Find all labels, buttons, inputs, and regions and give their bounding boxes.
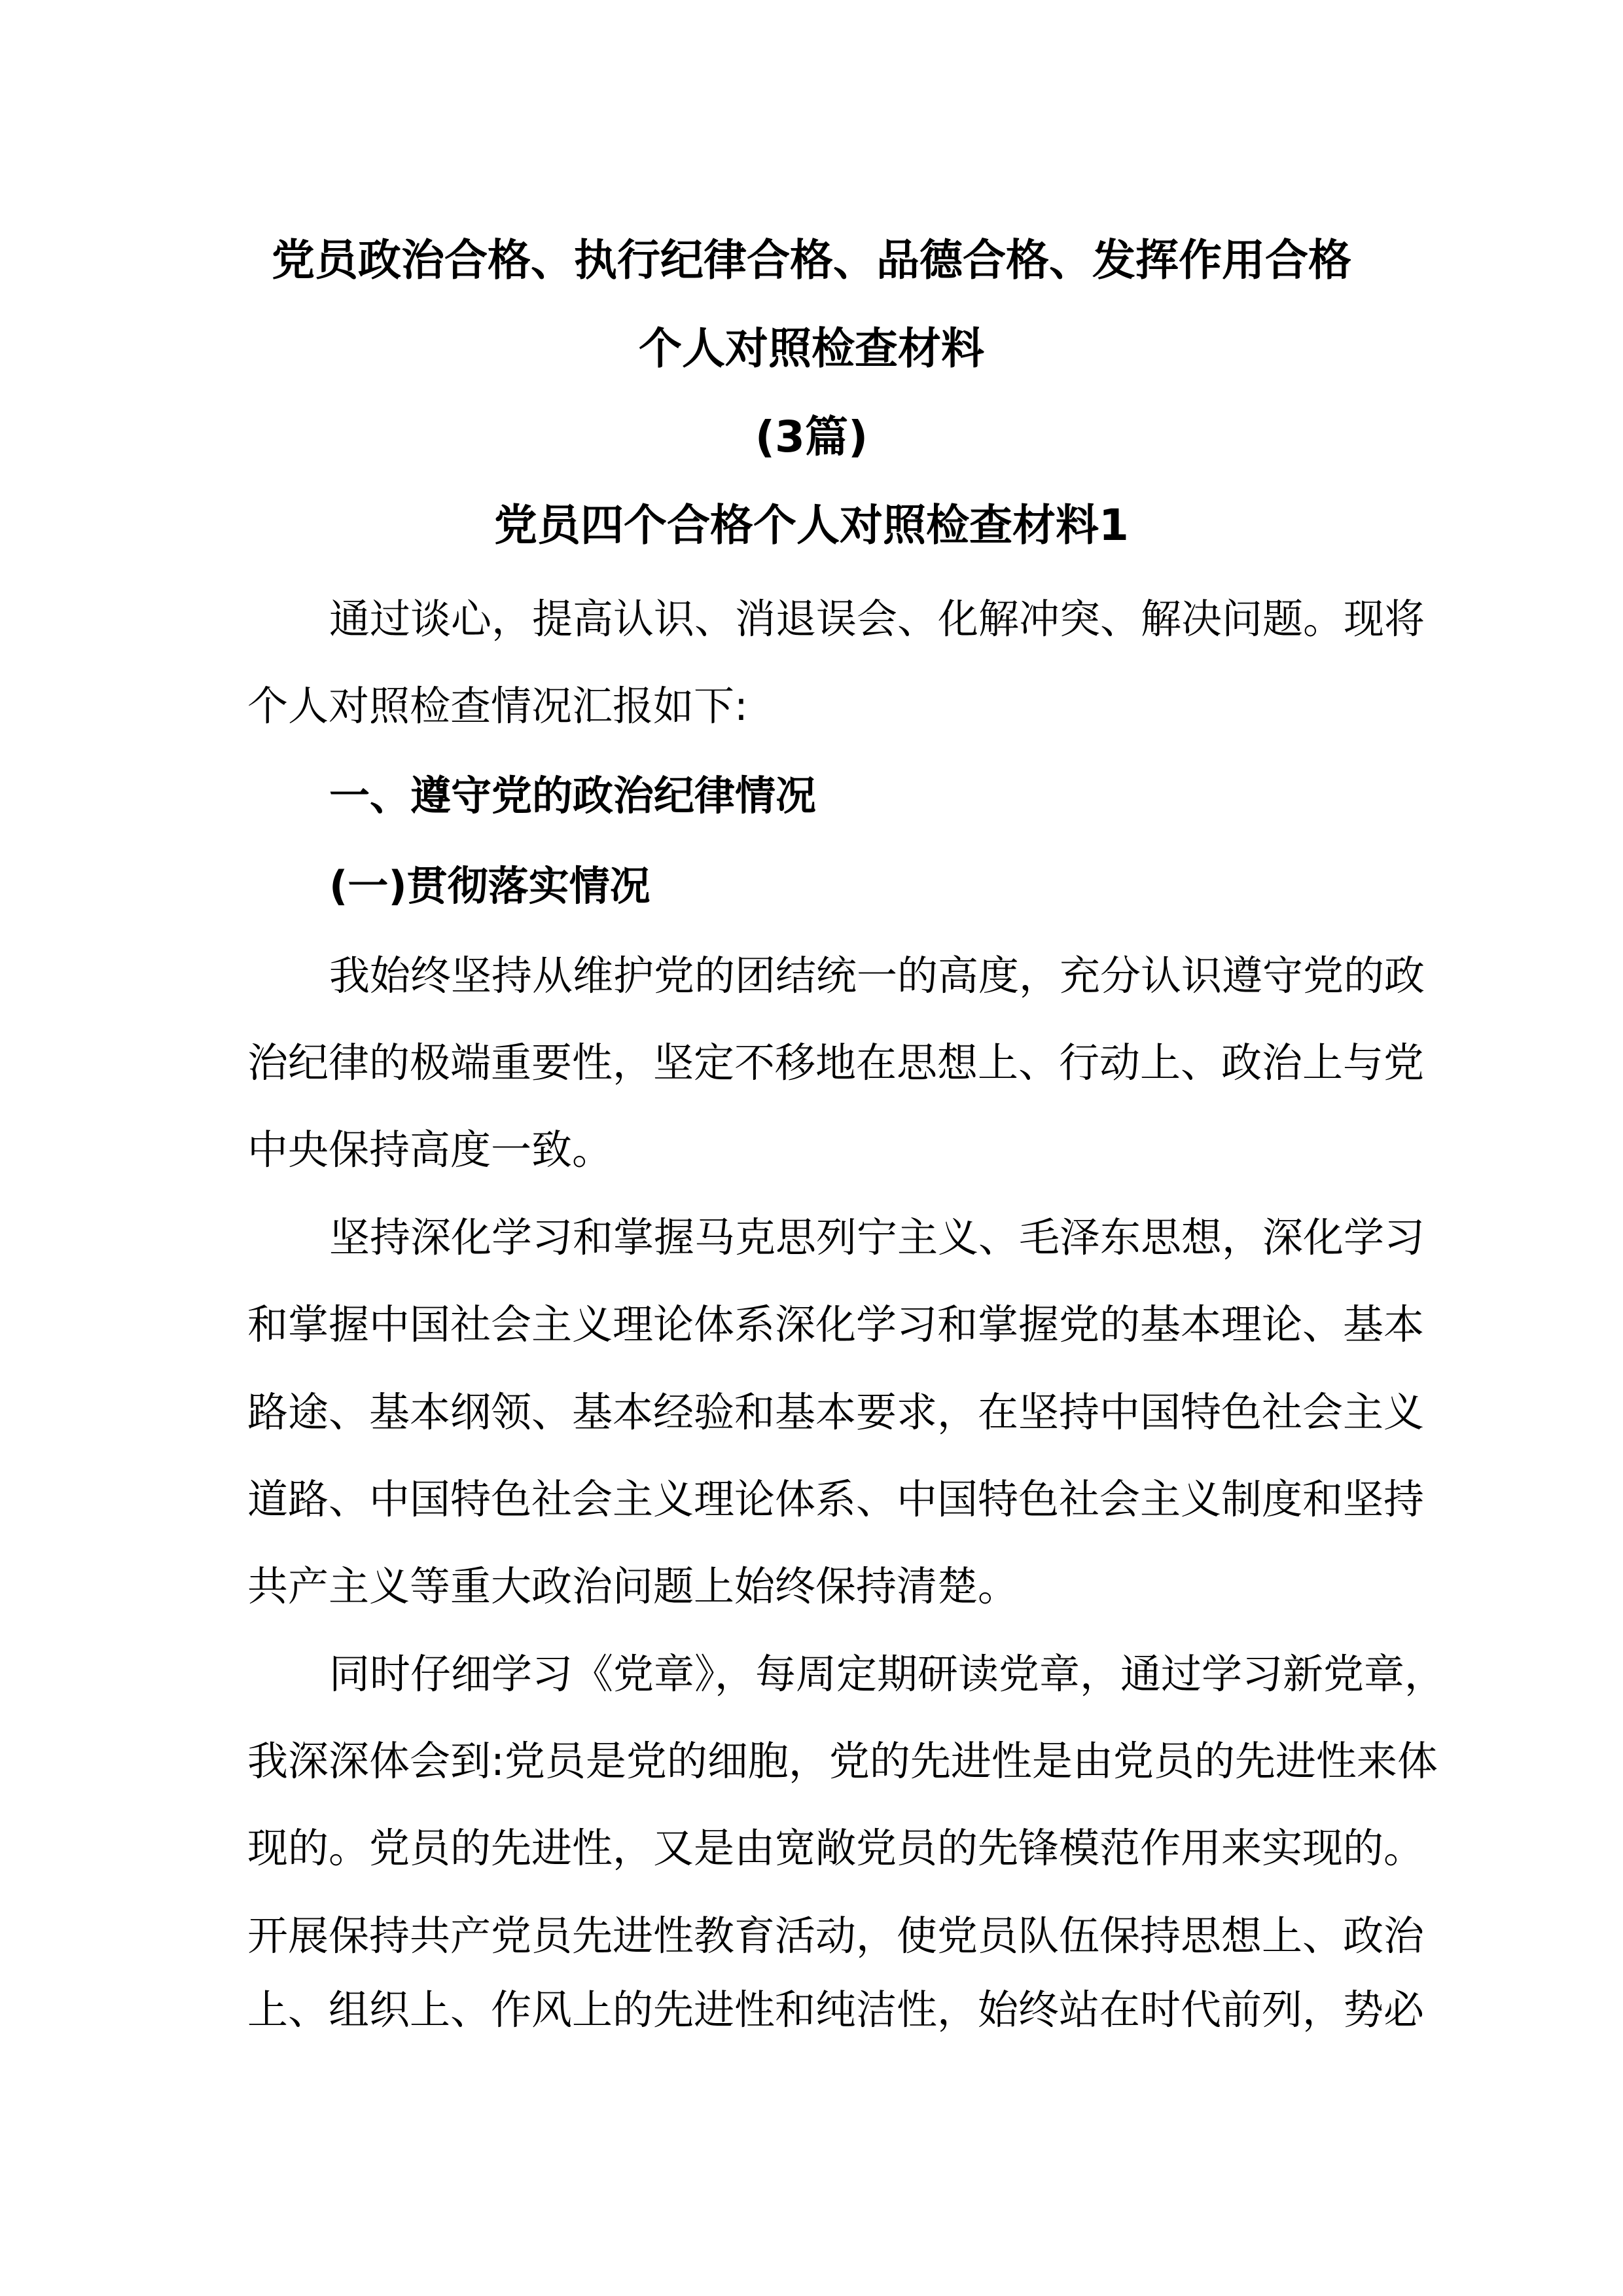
document-title-line-2: 个人对照检查材料 [0, 327, 1623, 370]
paragraph-1-line: 治纪律的极端重要性，坚定不移地在思想上、行动上、政治上与党 [247, 1043, 1373, 1083]
paragraph-1-line: 我始终坚持从维护党的团结统一的高度，充分认识遵守党的政 [329, 956, 1373, 996]
paragraph-3-line: 同时仔细学习《党章》，每周定期研读党章，通过学习新党章， [329, 1654, 1373, 1695]
section-heading: 一、遵守党的政治纪律情况 [329, 776, 816, 816]
intro-line: 个人对照检查情况汇报如下: [247, 686, 1373, 726]
paragraph-3-line: 现的。党员的先进性，又是由宽敞党员的先锋模范作用来实现的。 [247, 1828, 1373, 1869]
document-page: 党员政治合格、执行纪律合格、品德合格、发挥作用合格 个人对照检查材料 (3篇) … [0, 0, 1623, 2296]
paragraph-3-line: 上、组织上、作风上的先进性和纯洁性，始终站在时代前列，势必 [247, 1990, 1373, 2030]
paragraph-2-line: 道路、中国特色社会主义理论体系、中国特色社会主义制度和坚持 [247, 1479, 1373, 1520]
intro-line: 通过谈心，提高认识、消退误会、化解冲突、解决问题。现将 [329, 599, 1373, 639]
document-title-count: (3篇) [0, 416, 1623, 459]
paragraph-2-line: 和掌握中国社会主义理论体系深化学习和掌握党的基本理论、基本 [247, 1304, 1373, 1345]
paragraph-3-line: 开展保持共产党员先进性教育活动，使党员队伍保持思想上、政治 [247, 1916, 1373, 1956]
document-subtitle: 党员四个合格个人对照检查材料1 [0, 504, 1623, 547]
document-title-line-1: 党员政治合格、执行纪律合格、品德合格、发挥作用合格 [0, 239, 1623, 282]
paragraph-3-line: 我深深体会到:党员是党的细胞，党的先进性是由党员的先进性来体 [247, 1741, 1373, 1782]
paragraph-2-line: 坚持深化学习和掌握马克思列宁主义、毛泽东思想，深化学习 [329, 1217, 1373, 1258]
paragraph-1-line: 中央保持高度一致。 [247, 1130, 1373, 1170]
paragraph-2-line: 共产主义等重大政治问题上始终保持清楚。 [247, 1566, 1373, 1607]
subsection-heading: (一)贯彻落实情况 [329, 866, 651, 906]
paragraph-2-line: 路途、基本纲领、基本经验和基本要求，在坚持中国特色社会主义 [247, 1392, 1373, 1433]
